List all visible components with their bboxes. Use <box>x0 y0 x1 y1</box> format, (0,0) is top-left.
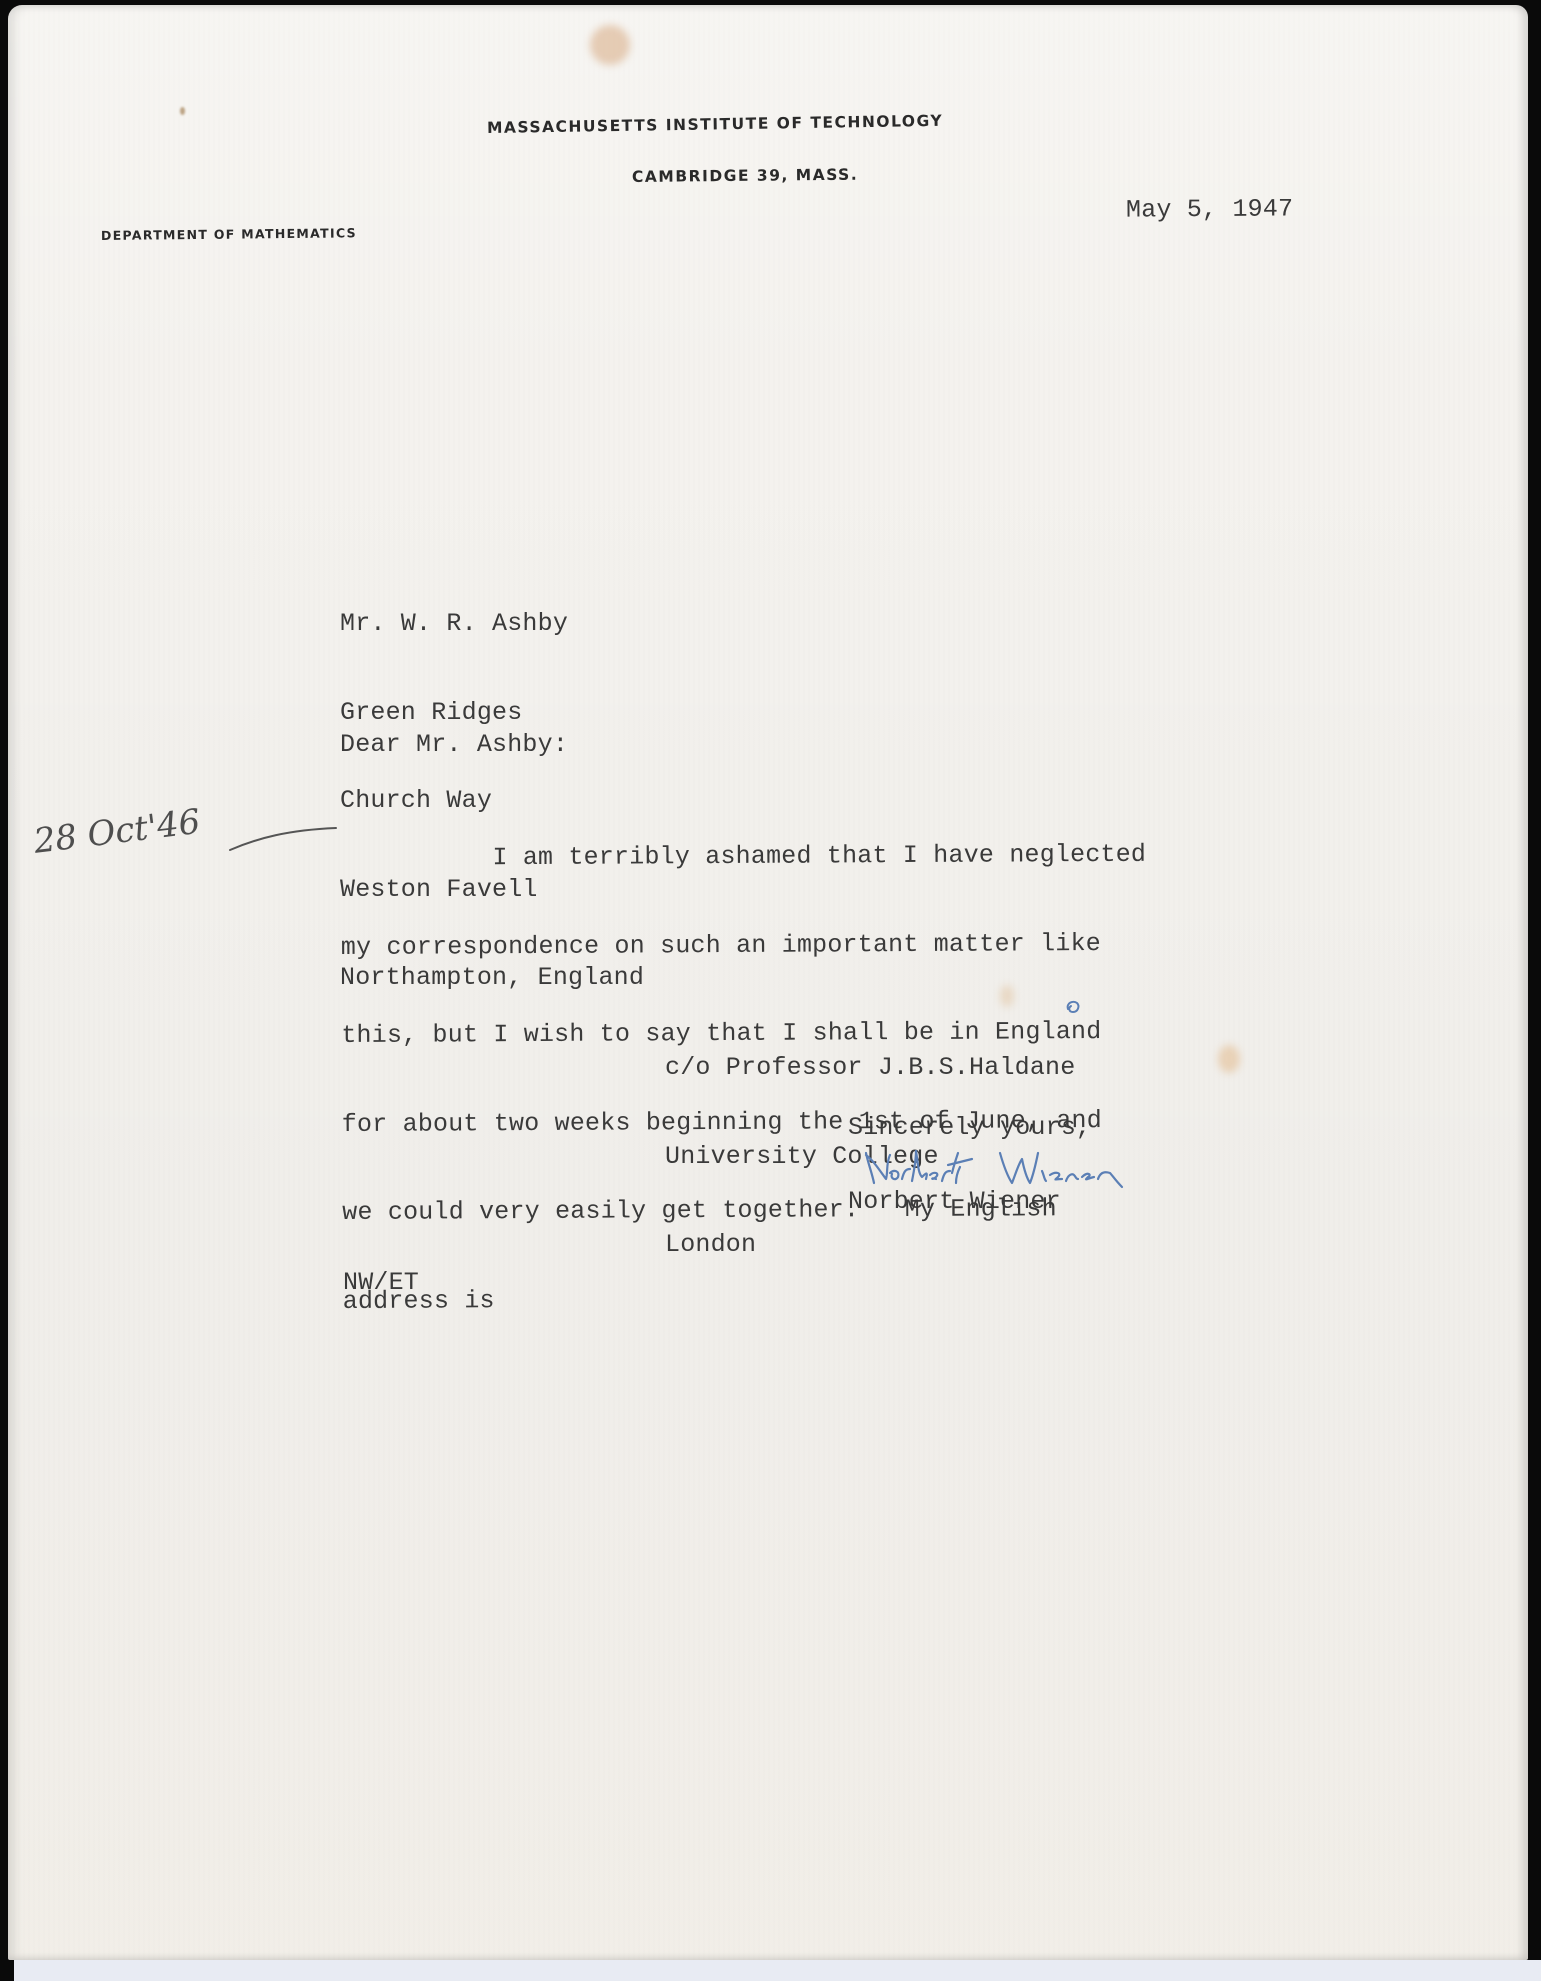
recipient-line: Green Ridges <box>340 698 644 728</box>
margin-annotation-line <box>228 822 338 852</box>
address-line: c/o Professor J.B.S.Haldane <box>665 1053 1075 1083</box>
letterhead-city: CAMBRIDGE 39, MASS. <box>632 166 858 186</box>
typed-signatory-name: Norbert Wiener <box>848 1187 1061 1216</box>
body-line: I am terribly ashamed that I have neglec… <box>340 840 1146 874</box>
paper-stain <box>590 25 630 65</box>
paper-stain <box>1218 1045 1240 1073</box>
recipient-line: Mr. W. R. Ashby <box>340 609 644 639</box>
salutation: Dear Mr. Ashby: <box>340 730 568 759</box>
address-line: London <box>665 1230 1075 1260</box>
closing: Sincerely yours, <box>848 1113 1091 1142</box>
reference-initials: NW/ET <box>343 1268 419 1297</box>
paper-stain <box>180 107 185 115</box>
scan-background-strip <box>14 1960 1541 1981</box>
letterhead-department: DEPARTMENT OF MATHEMATICS <box>101 225 357 243</box>
body-line: my correspondence on such an important m… <box>341 928 1147 962</box>
ink-correction-mark <box>1064 995 1084 1017</box>
letter-date: May 5, 1947 <box>1126 194 1293 224</box>
